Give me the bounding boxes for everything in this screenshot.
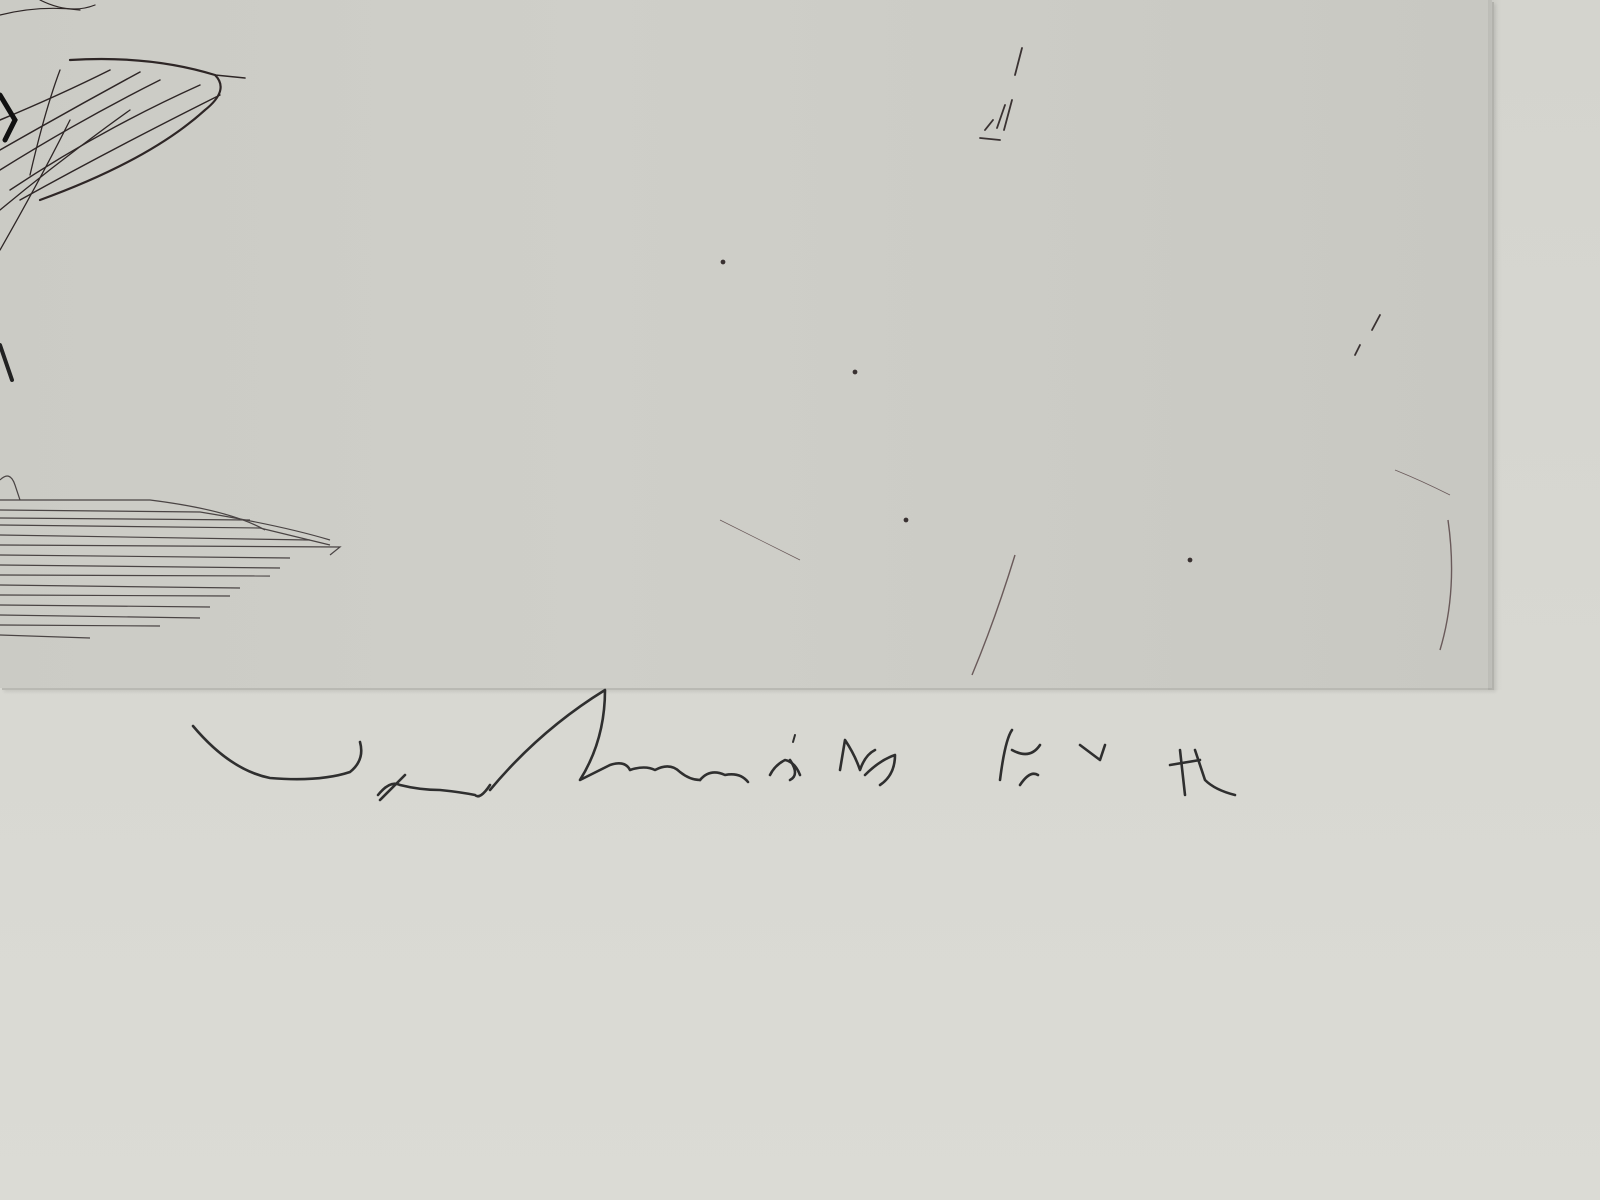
small-etched-marks — [722, 48, 1381, 562]
horizontal-hatched-platform — [0, 476, 340, 638]
curved-scratch-line — [720, 470, 1452, 675]
pencil-signature — [193, 690, 1235, 800]
hatched-wing-form — [0, 0, 245, 380]
artwork-lines — [0, 0, 1600, 1200]
etching-photo: handwritten pencil signature (illegible) — [0, 0, 1600, 1200]
